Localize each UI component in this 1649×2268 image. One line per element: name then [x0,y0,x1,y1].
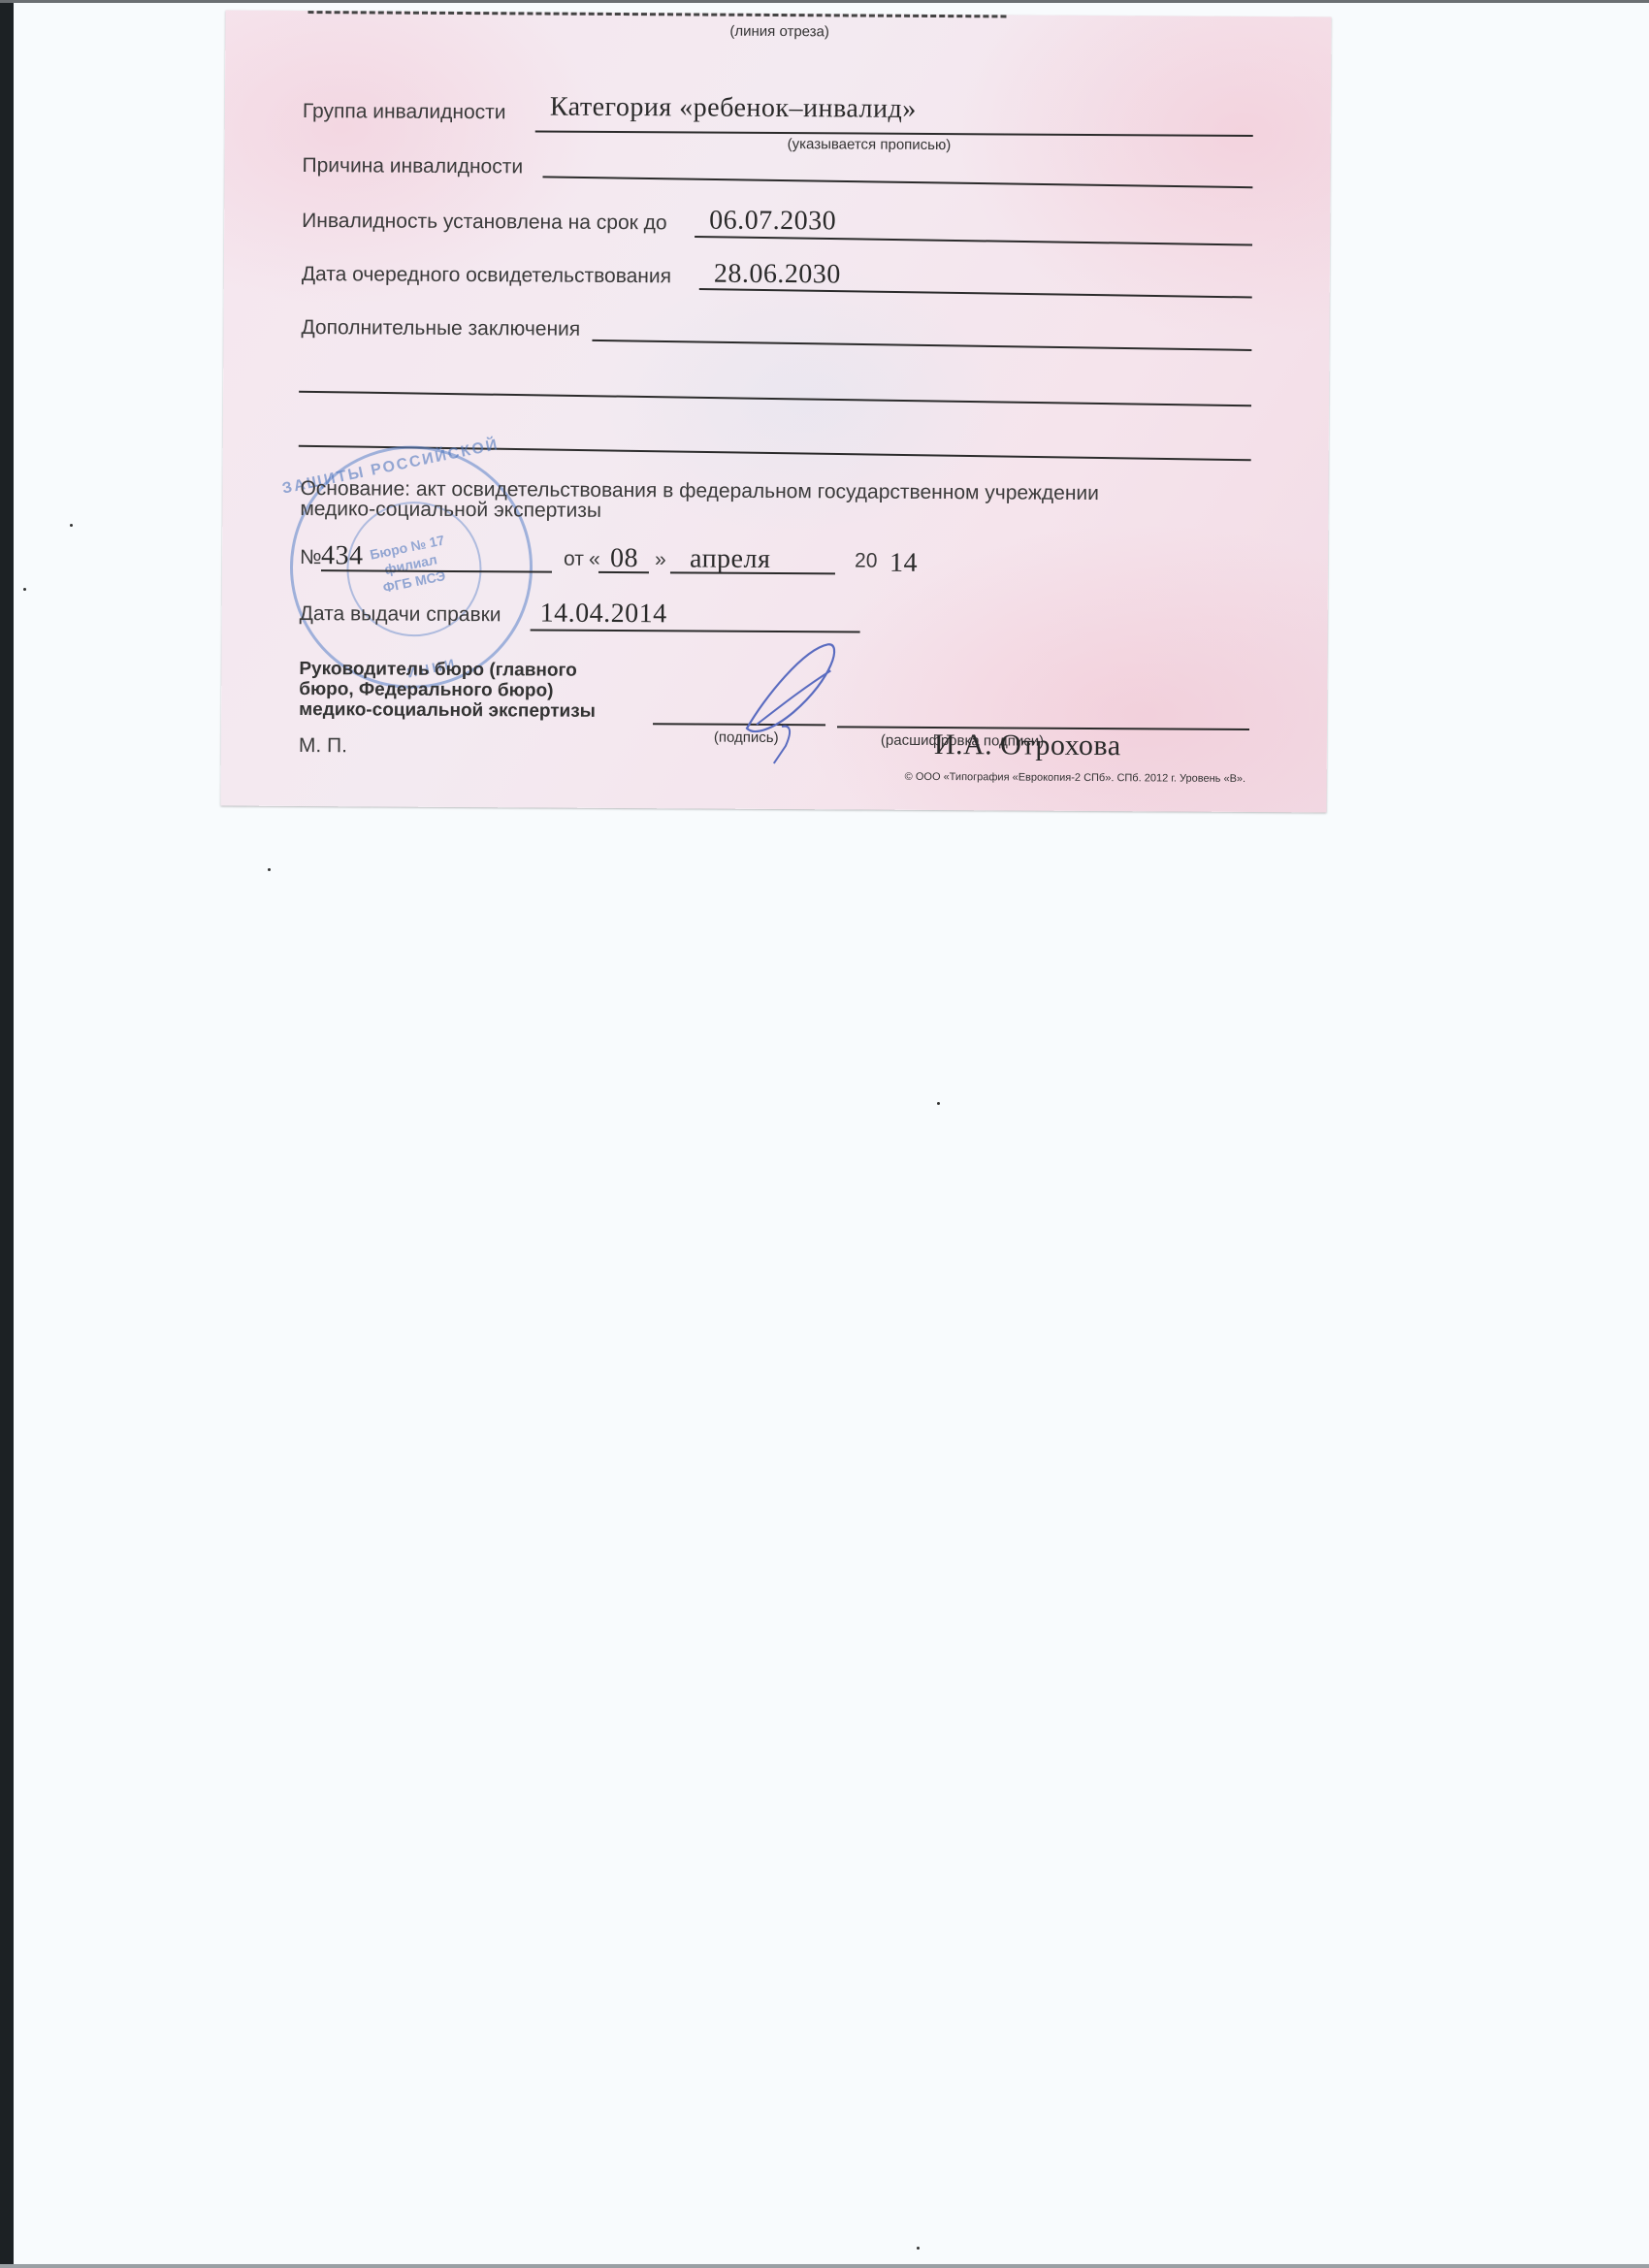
basis-text: Основание: акт освидетельствования в фед… [300,478,1099,524]
dust-speck [917,2247,920,2250]
issue-date-label: Дата выдачи справки [300,602,501,627]
additional-conclusions-line-2 [299,391,1251,407]
dust-speck [268,868,271,871]
act-year-prefix: 20 [855,549,878,572]
disability-group-label: Группа инвалидности [303,100,506,124]
cut-line-label: (линия отреза) [729,23,829,41]
disability-group-value: Категория «ребенок–инвалид» [550,92,917,125]
disability-group-hint: (указывается прописью) [788,136,952,153]
act-day-close-quote: » [655,548,666,571]
act-number-value: 434 [321,540,364,571]
established-until-label: Инвалидность установлена на срок до [302,210,667,235]
signatory-title-line-2: бюро, Федерального бюро) [299,679,596,701]
scanner-edge-bottom [0,2264,1649,2268]
disability-cause-line [542,176,1252,188]
seal-place-label: М. П. [299,734,347,758]
disability-cause-label: Причина инвалидности [302,154,523,178]
issue-date-value: 14.04.2014 [540,599,667,631]
established-until-line [695,236,1252,246]
act-number-prefix: № [300,546,322,569]
act-day-line [598,571,649,573]
cut-line [307,11,1006,17]
dust-speck [23,588,26,591]
dust-speck [937,1102,940,1105]
act-year-suffix: 14 [889,548,918,579]
signatory-title-line-1: Руководитель бюро (главного [299,659,596,681]
handwritten-signature [735,639,853,766]
signatory-title-line-3: медико-социальной экспертизы [299,699,596,722]
additional-conclusions-line-1 [592,340,1251,351]
disability-certificate-tearoff: (линия отреза) Группа инвалидности Катег… [221,11,1332,813]
next-examination-label: Дата очередного освидетельствования [302,263,671,288]
issue-date-line [531,629,860,632]
dust-speck [70,524,73,527]
established-until-value: 06.07.2030 [709,206,836,238]
act-day-open-quote: « [589,548,600,571]
printer-credit: © ООО «Типография «Еврокопия-2 СПб». СПб… [905,771,1245,785]
signatory-title: Руководитель бюро (главного бюро, Федера… [299,659,596,722]
next-examination-value: 28.06.2030 [714,259,841,291]
act-day-value: 08 [610,543,638,574]
act-from-label: от [564,548,584,571]
scanner-edge [0,0,14,2268]
signatory-name: И.А. Отрохова [934,729,1121,762]
scanner-edge-top [0,0,1649,3]
additional-conclusions-label: Дополнительные заключения [301,316,580,341]
act-month-value: апреля [690,543,771,575]
